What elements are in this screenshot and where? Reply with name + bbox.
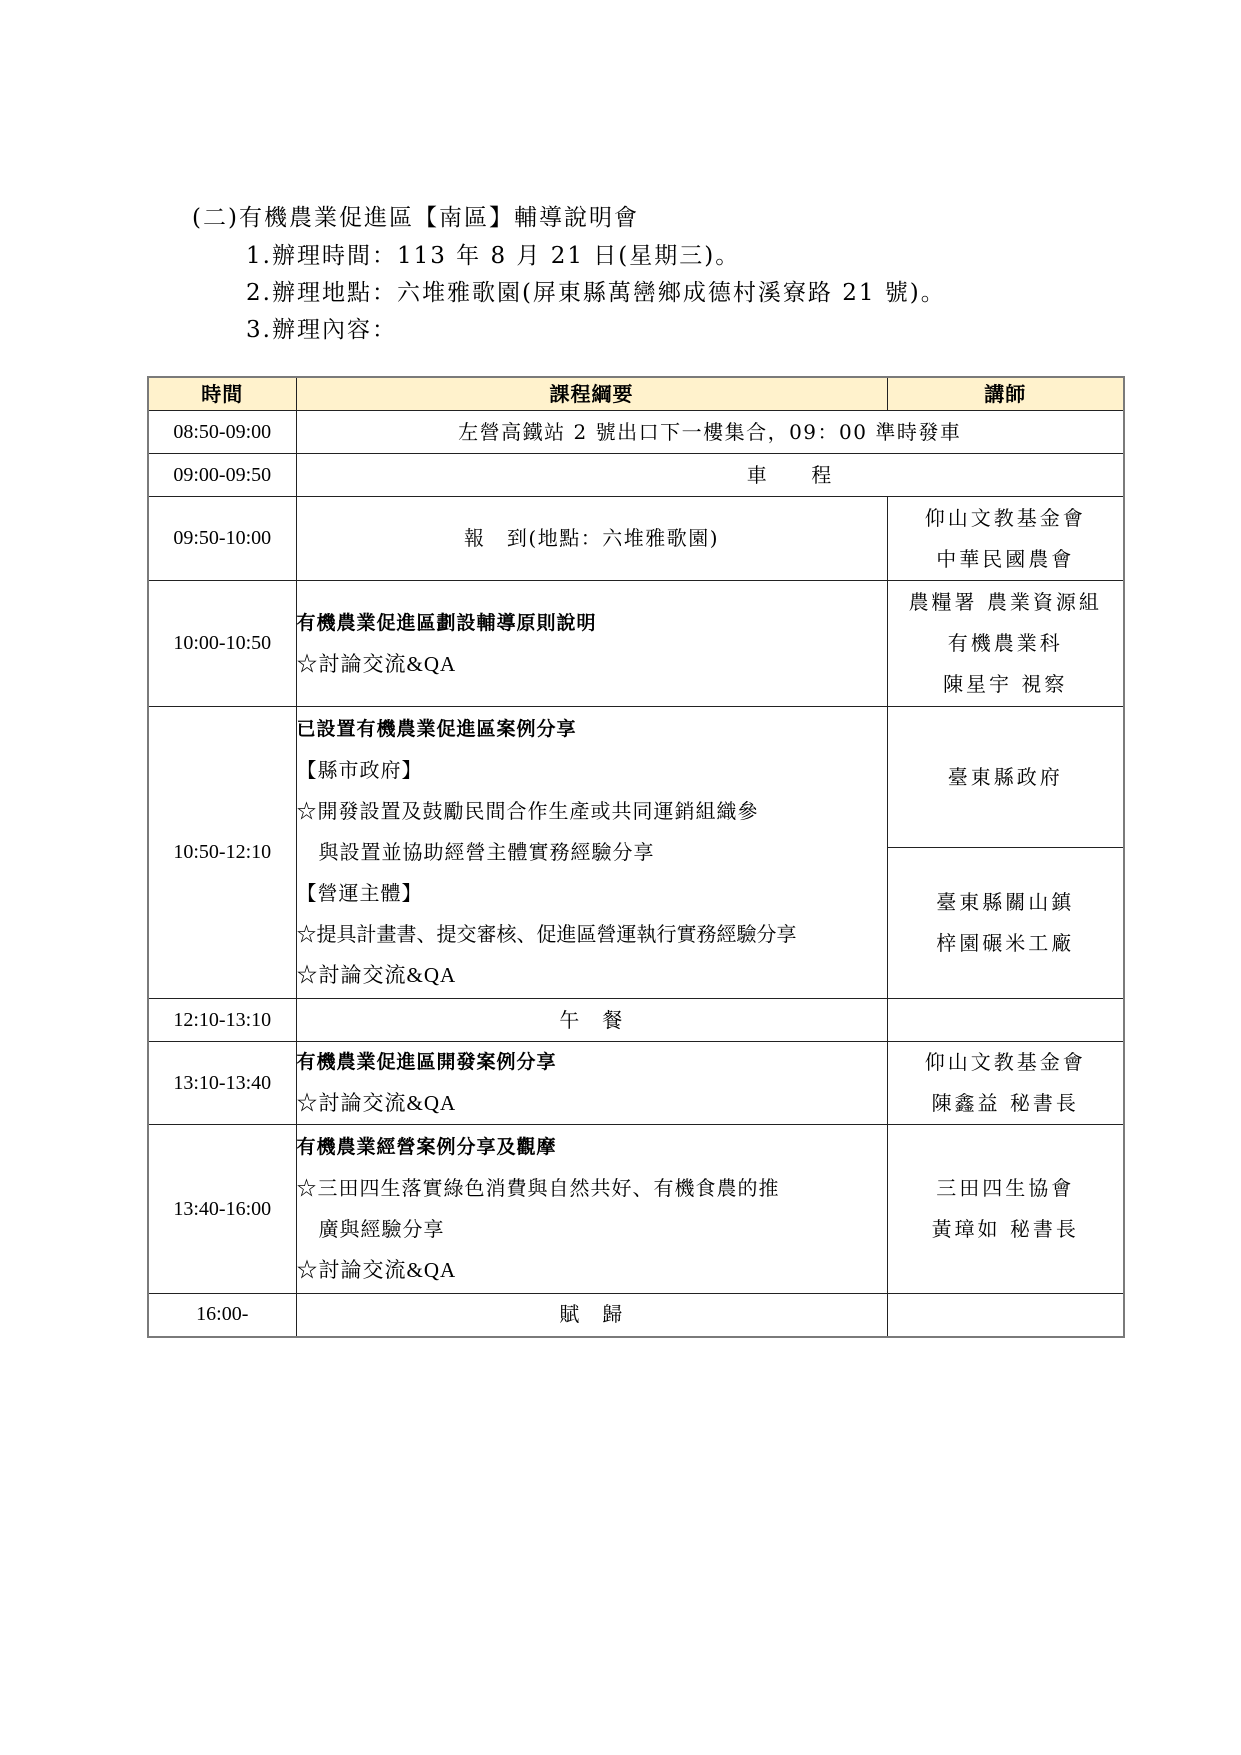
speaker-cell: 仰山文教基金會 中華民國農會 [887, 497, 1124, 581]
event-location: 2.辦理地點：六堆雅歌園(屏東縣萬巒鄉成德村溪寮路 21 號)。 [246, 279, 946, 307]
time-cell: 16:00- [148, 1294, 296, 1337]
session-title: 有機農業經營案例分享及觀摩 [297, 1127, 887, 1168]
session-title: 有機農業促進區劃設輔導原則說明 [297, 603, 887, 644]
speaker-line: 梓園碾米工廠 [888, 923, 1124, 964]
table-row: 10:00-10:50 有機農業促進區劃設輔導原則說明 ☆討論交流&QA 農糧署… [148, 581, 1124, 707]
outline-cell: 有機農業促進區開發案例分享 ☆討論交流&QA [296, 1042, 887, 1125]
time-cell: 13:40-16:00 [148, 1125, 296, 1294]
column-header-speaker: 講師 [887, 377, 1124, 411]
session-item: ☆提具計畫書、提交審核、促進區營運執行實務經驗分享 [297, 914, 887, 955]
event-date: 1.辦理時間：113 年 8 月 21 日(星期三)。 [246, 242, 740, 270]
time-cell: 09:00-09:50 [148, 454, 296, 497]
outline-cell: 報 到(地點：六堆雅歌園) [296, 497, 887, 581]
outline-cell: 午 餐 [296, 999, 887, 1042]
speaker-cell: 仰山文教基金會 陳鑫益 秘書長 [887, 1042, 1124, 1125]
section-heading: (二)有機農業促進區【南區】輔導說明會 [192, 204, 639, 232]
table-row: 12:10-13:10 午 餐 [148, 999, 1124, 1042]
speaker-line: 黃璋如 秘書長 [888, 1209, 1124, 1250]
time-cell: 10:00-10:50 [148, 581, 296, 707]
session-item-continued: 廣與經驗分享 [297, 1209, 887, 1250]
time-cell: 13:10-13:40 [148, 1042, 296, 1125]
session-item: ☆討論交流&QA [297, 1083, 887, 1124]
time-cell: 08:50-09:00 [148, 411, 296, 454]
speaker-cell [887, 1294, 1124, 1337]
table-row: 09:00-09:50 車 程 [148, 454, 1124, 497]
outline-cell: 有機農業促進區劃設輔導原則說明 ☆討論交流&QA [296, 581, 887, 707]
table-row: 13:40-16:00 有機農業經營案例分享及觀摩 ☆三田四生落實綠色消費與自然… [148, 1125, 1124, 1294]
time-cell: 10:50-12:10 [148, 707, 296, 999]
speaker-line: 臺東縣關山鎮 [888, 882, 1124, 923]
speaker-cell: 三田四生協會 黃璋如 秘書長 [887, 1125, 1124, 1294]
session-item: ☆三田四生落實綠色消費與自然共好、有機食農的推 [297, 1168, 887, 1209]
session-subheading: 【營運主體】 [297, 873, 887, 914]
session-title: 有機農業促進區開發案例分享 [297, 1042, 887, 1083]
speaker-cell-county: 臺東縣政府 [887, 707, 1124, 848]
outline-cell: 賦 歸 [296, 1294, 887, 1337]
speaker-line: 陳星宇 視察 [888, 664, 1124, 705]
speaker-line: 中華民國農會 [888, 539, 1124, 580]
speaker-line: 農糧署 農業資源組 [888, 582, 1124, 623]
time-cell: 12:10-13:10 [148, 999, 296, 1042]
outline-cell: 左營高鐵站 2 號出口下一樓集合，09：00 準時發車 [296, 411, 1124, 454]
table-header-row: 時間 課程綱要 講師 [148, 377, 1124, 411]
speaker-cell: 農糧署 農業資源組 有機農業科 陳星宇 視察 [887, 581, 1124, 707]
table-row: 10:50-12:10 已設置有機農業促進區案例分享 【縣市政府】 ☆開發設置及… [148, 707, 1124, 848]
speaker-line: 臺東縣政府 [888, 757, 1124, 798]
column-header-time: 時間 [148, 377, 296, 411]
speaker-cell [887, 999, 1124, 1042]
session-item: ☆討論交流&QA [297, 1250, 887, 1291]
table-row: 08:50-09:00 左營高鐵站 2 號出口下一樓集合，09：00 準時發車 [148, 411, 1124, 454]
speaker-line: 仰山文教基金會 [888, 498, 1124, 539]
table-row: 16:00- 賦 歸 [148, 1294, 1124, 1337]
table-row: 09:50-10:00 報 到(地點：六堆雅歌園) 仰山文教基金會 中華民國農會 [148, 497, 1124, 581]
outline-cell: 車 程 [296, 454, 1124, 497]
session-item: ☆開發設置及鼓勵民間合作生產或共同運銷組織參 [297, 791, 887, 832]
event-content-label: 3.辦理內容： [246, 316, 397, 344]
outline-cell: 已設置有機農業促進區案例分享 【縣市政府】 ☆開發設置及鼓勵民間合作生產或共同運… [296, 707, 887, 999]
speaker-line: 三田四生協會 [888, 1168, 1124, 1209]
speaker-line: 有機農業科 [888, 623, 1124, 664]
time-cell: 09:50-10:00 [148, 497, 296, 581]
schedule-table: 時間 課程綱要 講師 08:50-09:00 左營高鐵站 2 號出口下一樓集合，… [147, 376, 1125, 1338]
session-subheading: 【縣市政府】 [297, 750, 887, 791]
speaker-cell-operator: 臺東縣關山鎮 梓園碾米工廠 [887, 848, 1124, 999]
outline-cell: 有機農業經營案例分享及觀摩 ☆三田四生落實綠色消費與自然共好、有機食農的推 廣與… [296, 1125, 887, 1294]
table-row: 13:10-13:40 有機農業促進區開發案例分享 ☆討論交流&QA 仰山文教基… [148, 1042, 1124, 1125]
column-header-outline: 課程綱要 [296, 377, 887, 411]
outline-text: 車 程 [587, 463, 833, 487]
session-title: 已設置有機農業促進區案例分享 [297, 709, 887, 750]
speaker-line: 陳鑫益 秘書長 [888, 1083, 1124, 1124]
session-item-continued: 與設置並協助經營主體實務經驗分享 [297, 832, 887, 873]
session-item: ☆討論交流&QA [297, 955, 887, 996]
session-item: ☆討論交流&QA [297, 644, 887, 685]
speaker-line: 仰山文教基金會 [888, 1042, 1124, 1083]
